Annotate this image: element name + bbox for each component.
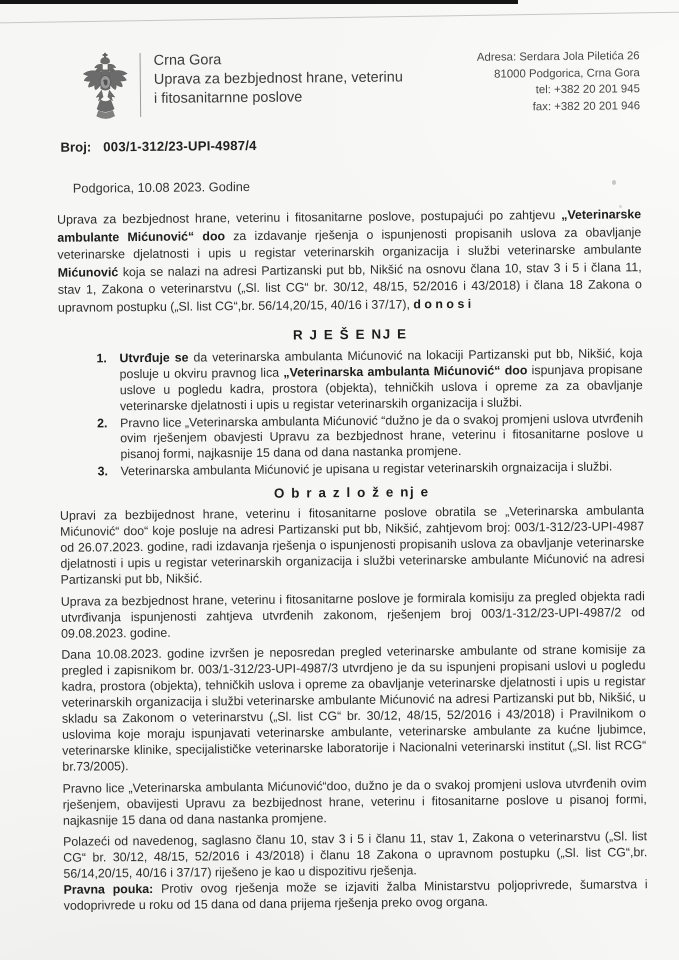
address-fax: fax: +382 20 201 946 [477, 98, 640, 116]
reference-number-line: Broj:003/1-312/23-UPI-4987/4 [56, 134, 640, 155]
clinic-name-bold: Mićunović [58, 265, 119, 280]
reference-label: Broj: [60, 139, 91, 154]
scan-paper-edge-line [0, 12, 679, 24]
authority-name-line-1: Uprava za bezbjednost hrane, veterinu [154, 69, 403, 87]
montenegro-coat-of-arms-icon [82, 52, 130, 128]
intro-paragraph: Uprava za bezbjednost hrane, veterinu i … [57, 206, 642, 317]
document-sheet: Crna Gora Uprava za bezbjednost hrane, v… [56, 45, 648, 915]
letterhead-divider [140, 53, 142, 117]
clinic-name-bold: „Veterinarska ambulanta Mićunović“ doo [283, 363, 527, 379]
list-item-number: 1. [96, 351, 120, 415]
list-item-number: 3. [98, 465, 121, 481]
ruling-heading: R J E Š E NJ E [58, 324, 642, 345]
reference-number: 003/1-312/23-UPI-4987/4 [103, 138, 257, 154]
donosi-emphasis: d o n o s i [413, 297, 471, 312]
reasoning-paragraph: Dana 10.08.2023. godine izvršen je nepos… [61, 643, 646, 776]
reasoning-paragraph: Pravno lice „Veterinarska ambulanta Miću… [63, 776, 647, 829]
legal-remedy-paragraph: Pravna pouka: Protiv ovog rješenja može … [64, 877, 648, 914]
scan-top-edge [0, 0, 518, 4]
address-street: Adresa: Serdara Jola Piletića 26 [477, 48, 640, 66]
reasoning-paragraph: Upravi za bezbijednost hrane, veterinu i… [60, 503, 645, 588]
address-city: 81000 Podgorica, Crna Gora [477, 65, 640, 83]
reasoning-paragraph: Uprava za bezbjednost hrane, veterinu i … [61, 589, 645, 642]
authority-name-line-2: i fitosanitarnne poslove [154, 89, 302, 106]
country-name: Crna Gora [154, 49, 403, 70]
intro-text: koja se nalazi na adresi Partizanski put… [58, 260, 642, 315]
list-item-text: Pravno lice „Veterinarska ambulanta Miću… [120, 411, 643, 464]
intro-text: Uprava za bezbjednost hrane, veterinu i … [57, 208, 561, 227]
ruling-list: 1. Utvrđuje se da veterinarska ambulanta… [58, 346, 643, 481]
list-item: 1. Utvrđuje se da veterinarska ambulanta… [96, 346, 643, 415]
place-date-line: Podgorica, 10.08 2023. Godine [57, 175, 641, 196]
list-item-text: Utvrđuje se da veterinarska ambulanta Mi… [119, 346, 643, 415]
reasoning-heading: O b r a z l o ž e nj e [60, 482, 644, 503]
letterhead: Crna Gora Uprava za bezbjednost hrane, v… [56, 45, 641, 129]
list-item-number: 2. [97, 416, 120, 464]
list-item: 2. Pravno lice „Veterinarska ambulanta M… [97, 411, 643, 464]
address-tel: tel: +382 20 201 945 [477, 81, 640, 99]
legal-remedy-label: Pravna pouka: [64, 882, 154, 897]
address-block: Adresa: Serdara Jola Piletića 26 81000 P… [477, 45, 640, 116]
reasoning-paragraph: Polazeći od navedenog, saglasno članu 10… [63, 830, 647, 883]
issuing-authority: Crna Gora Uprava za bezbjednost hrane, v… [154, 47, 404, 108]
item-text: Pravno lice „Veterinarska ambulanta Miću… [120, 411, 643, 462]
utvrdjuje-se-bold: Utvrđuje se [119, 351, 188, 366]
